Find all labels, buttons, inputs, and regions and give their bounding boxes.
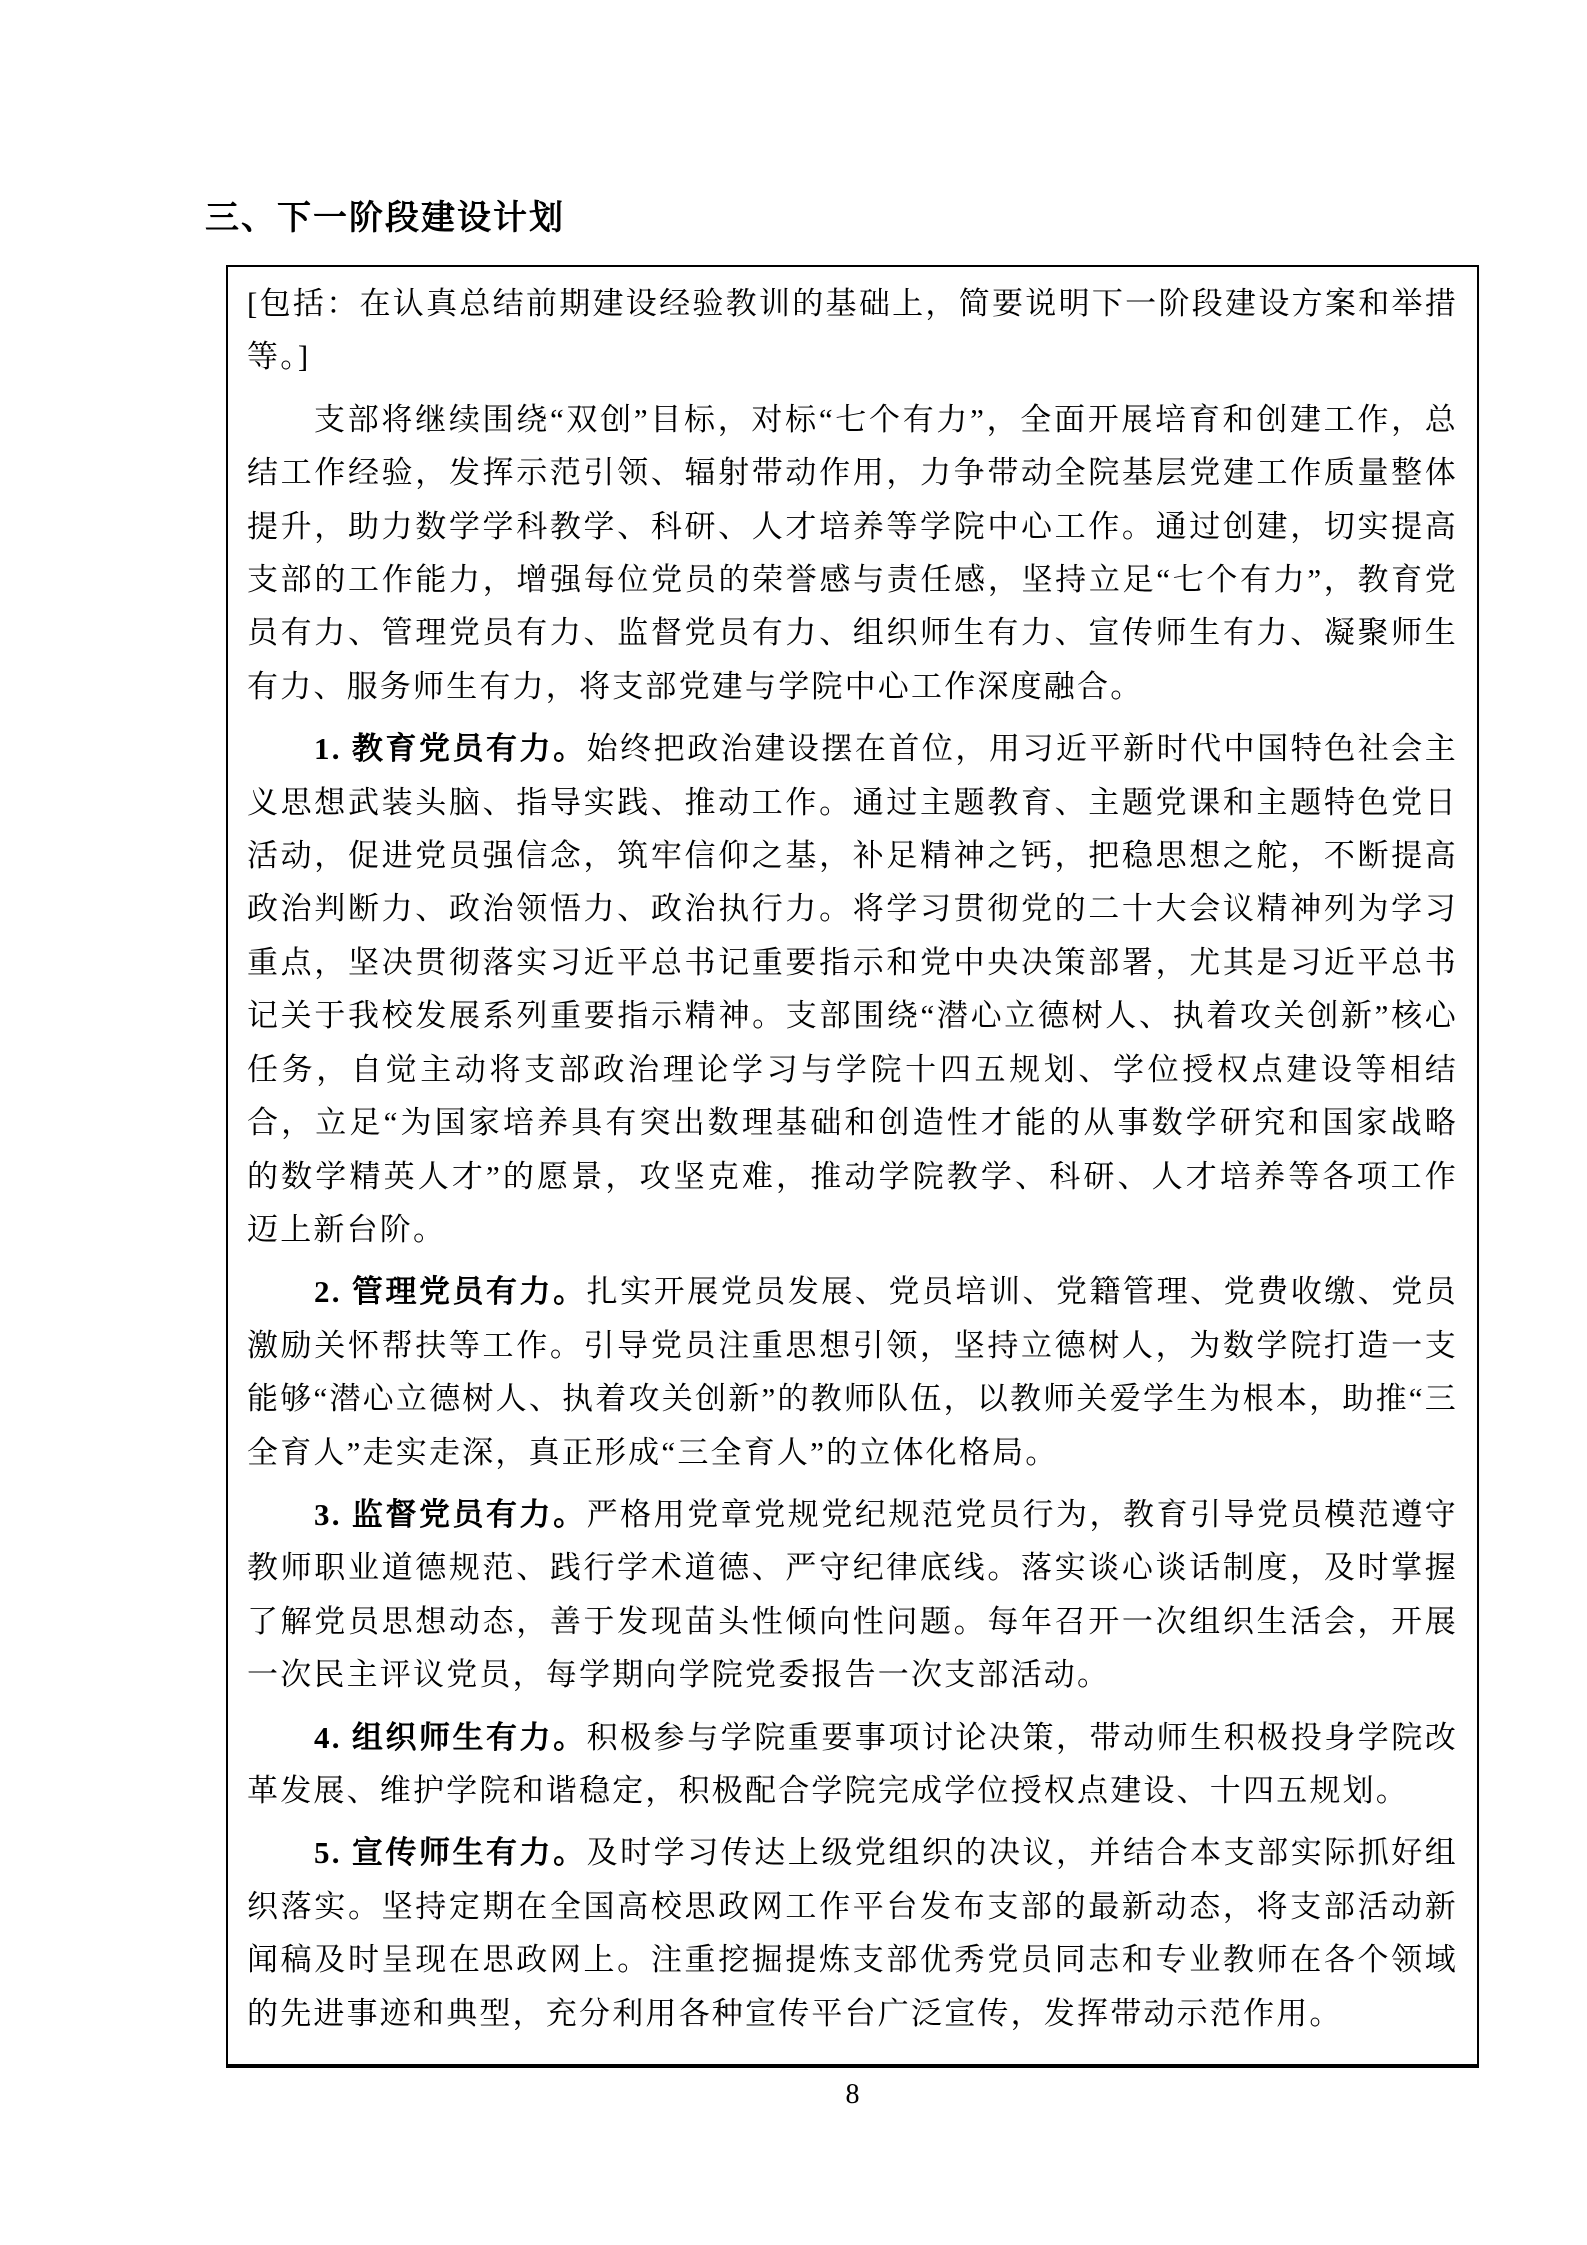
plan-item-manage-label: 2. 管理党员有力。 bbox=[314, 1274, 587, 1309]
plan-item-supervise: 3. 监督党员有力。严格用党章党规党纪规范党员行为，教育引导党员模范遵守教师职业… bbox=[247, 1488, 1458, 1702]
plan-item-supervise-label: 3. 监督党员有力。 bbox=[314, 1497, 587, 1532]
section-heading: 三、下一阶段建设计划 bbox=[205, 198, 565, 238]
document-page: 三、下一阶段建设计划 [包括：在认真总结前期建设经验教训的基础上，简要说明下一阶… bbox=[0, 0, 1587, 2245]
instruction-note: [包括：在认真总结前期建设经验教训的基础上，简要说明下一阶段建设方案和举措等。] bbox=[247, 277, 1458, 384]
plan-item-educate: 1. 教育党员有力。始终把政治建设摆在首位，用习近平新时代中国特色社会主义思想武… bbox=[247, 722, 1458, 1256]
plan-item-educate-text: 始终把政治建设摆在首位，用习近平新时代中国特色社会主义思想武装头脑、指导实践、推… bbox=[247, 731, 1458, 1247]
plan-item-organize: 4. 组织师生有力。积极参与学院重要事项讨论决策，带动师生积极投身学院改革发展、… bbox=[247, 1711, 1458, 1818]
intro-paragraph: 支部将继续围绕“双创”目标，对标“七个有力”，全面开展培育和创建工作，总结工作经… bbox=[247, 393, 1458, 713]
plan-content-box: [包括：在认真总结前期建设经验教训的基础上，简要说明下一阶段建设方案和举措等。]… bbox=[226, 265, 1479, 2068]
plan-item-organize-label: 4. 组织师生有力。 bbox=[314, 1720, 587, 1755]
page-number: 8 bbox=[226, 2078, 1479, 2112]
plan-item-publicize: 5. 宣传师生有力。及时学习传达上级党组织的决议，并结合本支部实际抓好组织落实。… bbox=[247, 1826, 1458, 2040]
plan-item-manage: 2. 管理党员有力。扎实开展党员发展、党员培训、党籍管理、党费收缴、党员激励关怀… bbox=[247, 1265, 1458, 1479]
plan-item-educate-label: 1. 教育党员有力。 bbox=[314, 731, 587, 766]
plan-item-publicize-label: 5. 宣传师生有力。 bbox=[314, 1835, 587, 1870]
